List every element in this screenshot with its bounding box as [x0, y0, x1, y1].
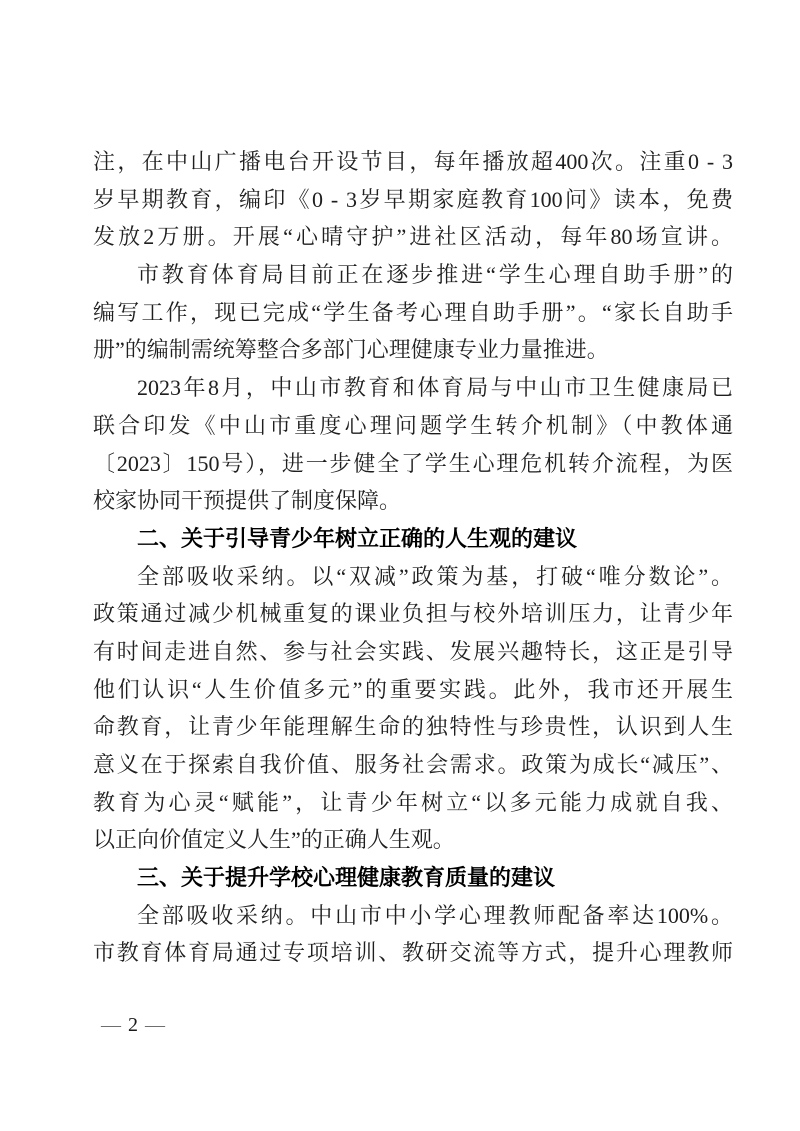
section-heading: 三、关于提升学校心理健康教育质量的建议 [93, 859, 733, 897]
footer-page-number: 2 [128, 1014, 138, 1036]
section-heading: 二、关于引导青少年树立正确的人生观的建议 [93, 520, 733, 558]
body-line: 教育为心灵“赋能”，让青少年树立“以多元能力成就自我、 [93, 784, 733, 822]
body-line: 编写工作，现已完成“学生备考心理自助手册”。“家长自助手 [93, 294, 733, 332]
body-line: 命教育，让青少年能理解生命的独特性与珍贵性，认识到人生 [93, 708, 733, 746]
body-line: 有时间走进自然、参与社会实践、发展兴趣特长，这正是引导 [93, 633, 733, 671]
body-line: 册”的编制需统筹整合多部门心理健康专业力量推进。 [93, 331, 733, 369]
body-line: 市教育体育局通过专项培训、教研交流等方式，提升心理教师 [93, 934, 733, 972]
body-line: 政策通过减少机械重复的课业负担与校外培训压力，让青少年 [93, 595, 733, 633]
body-line: 注，在中山广播电台开设节目，每年播放超400次。注重0 - 3 [93, 143, 733, 181]
body-line: 以正向价值定义人生”的正确人生观。 [93, 821, 733, 859]
page-footer: —2— [101, 1012, 165, 1038]
body-line: 全部吸收采纳。中山市中小学心理教师配备率达100%。 [93, 897, 733, 935]
body-line: 岁早期教育，编印《0 - 3岁早期家庭教育100问》读本，免费 [93, 181, 733, 219]
body-line: 联合印发《中山市重度心理问题学生转介机制》（中教体通 [93, 407, 733, 445]
body-line: 校家协同干预提供了制度保障。 [93, 482, 733, 520]
body-line: 〔2023〕150号），进一步健全了学生心理危机转介流程，为医 [93, 445, 733, 483]
body-line: 意义在于探索自我价值、服务社会需求。政策为成长“减压”、 [93, 746, 733, 784]
body-line: 2023年8月，中山市教育和体育局与中山市卫生健康局已 [93, 369, 733, 407]
footer-dash-right: — [145, 1014, 165, 1036]
body-line: 全部吸收采纳。以“双减”政策为基，打破“唯分数论”。 [93, 558, 733, 596]
footer-dash-left: — [101, 1014, 121, 1036]
document-page: 注，在中山广播电台开设节目，每年播放超400次。注重0 - 3 岁早期教育，编印… [0, 0, 800, 1131]
body-line: 市教育体育局目前正在逐步推进“学生心理自助手册”的 [93, 256, 733, 294]
body-line: 他们认识“人生价值多元”的重要实践。此外，我市还开展生 [93, 671, 733, 709]
document-body: 注，在中山广播电台开设节目，每年播放超400次。注重0 - 3 岁早期教育，编印… [93, 143, 733, 972]
body-line: 发放2万册。开展“心晴守护”进社区活动，每年80场宣讲。 [93, 218, 733, 256]
